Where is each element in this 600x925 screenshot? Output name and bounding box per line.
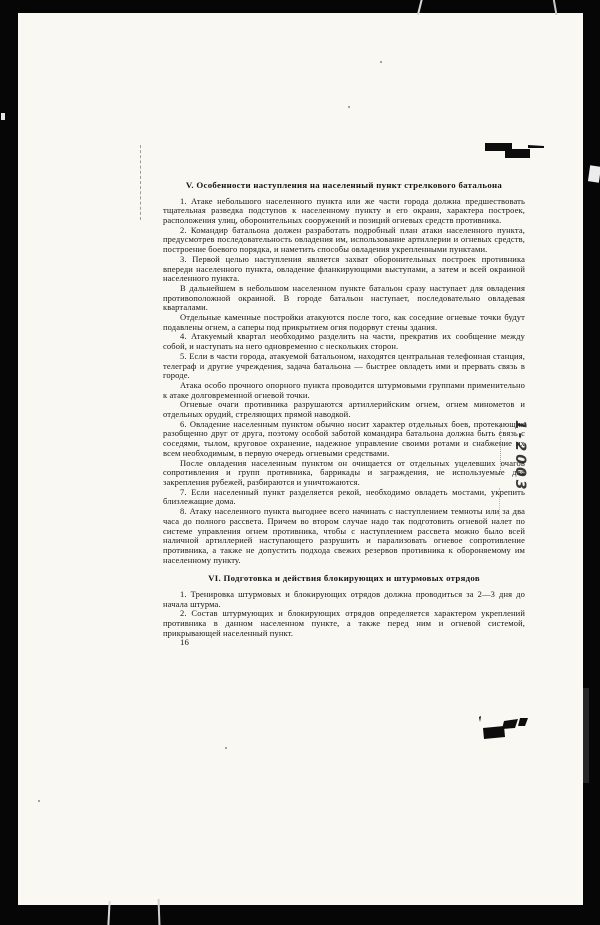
handwritten-note: 1-2003 — [509, 420, 528, 526]
paragraph: Огневые очаги противника разрушаются арт… — [163, 400, 525, 419]
paragraph: 1. Тренировка штурмовых и блокирующих от… — [163, 590, 525, 609]
paragraph: 2. Состав штурмующих и блокирующих отряд… — [163, 609, 525, 638]
scratch-line — [140, 145, 141, 220]
ink-blot-mark-top — [485, 142, 545, 162]
dust-speck — [38, 800, 40, 802]
dotted-fold-mark — [500, 424, 501, 472]
paragraph: 8. Атаку населенного пункта выгоднее все… — [163, 507, 525, 565]
paragraph: 3. Первой целью наступления является зах… — [163, 255, 525, 284]
scan-streak — [588, 165, 600, 182]
ink-blot-mark-bottom — [478, 716, 533, 742]
section-vi-heading: VI. Подготовка и действия блокирующих и … — [163, 573, 525, 584]
paragraph: После овладения населенным пунктом он оч… — [163, 459, 525, 488]
dust-speck — [225, 747, 227, 749]
scan-streak — [1, 113, 5, 120]
paragraph: 1. Атаке небольшого населенного пункта и… — [163, 197, 525, 226]
page-number: 16 — [163, 638, 525, 648]
dust-speck — [380, 61, 382, 63]
scanned-book-page: { "colors": { "paper": "#faf8f3", "ink":… — [0, 0, 600, 925]
paragraph: 7. Если населенный пункт разделяется рек… — [163, 488, 525, 507]
dotted-fold-mark — [499, 488, 500, 516]
paragraph: В дальнейшем в небольшом населенном пунк… — [163, 284, 525, 313]
page-text-column: V. Особенности наступления на населенный… — [163, 180, 525, 648]
paragraph: Отдельные каменные постройки атакуются п… — [163, 313, 525, 332]
scan-border-texture — [583, 688, 589, 783]
section-v-heading: V. Особенности наступления на населенный… — [174, 180, 514, 191]
paragraph: 5. Если в части города, атакуемой баталь… — [163, 352, 525, 381]
paragraph: 6. Овладение населенным пунктом обычно н… — [163, 420, 525, 459]
dust-speck — [348, 106, 350, 108]
paragraph: Атака особо прочного опорного пункта про… — [163, 381, 525, 400]
paragraph: 2. Командир батальона должен разработать… — [163, 226, 525, 255]
scan-streak — [107, 901, 110, 925]
paragraph: 4. Атакуемый квартал необходимо разделит… — [163, 332, 525, 351]
